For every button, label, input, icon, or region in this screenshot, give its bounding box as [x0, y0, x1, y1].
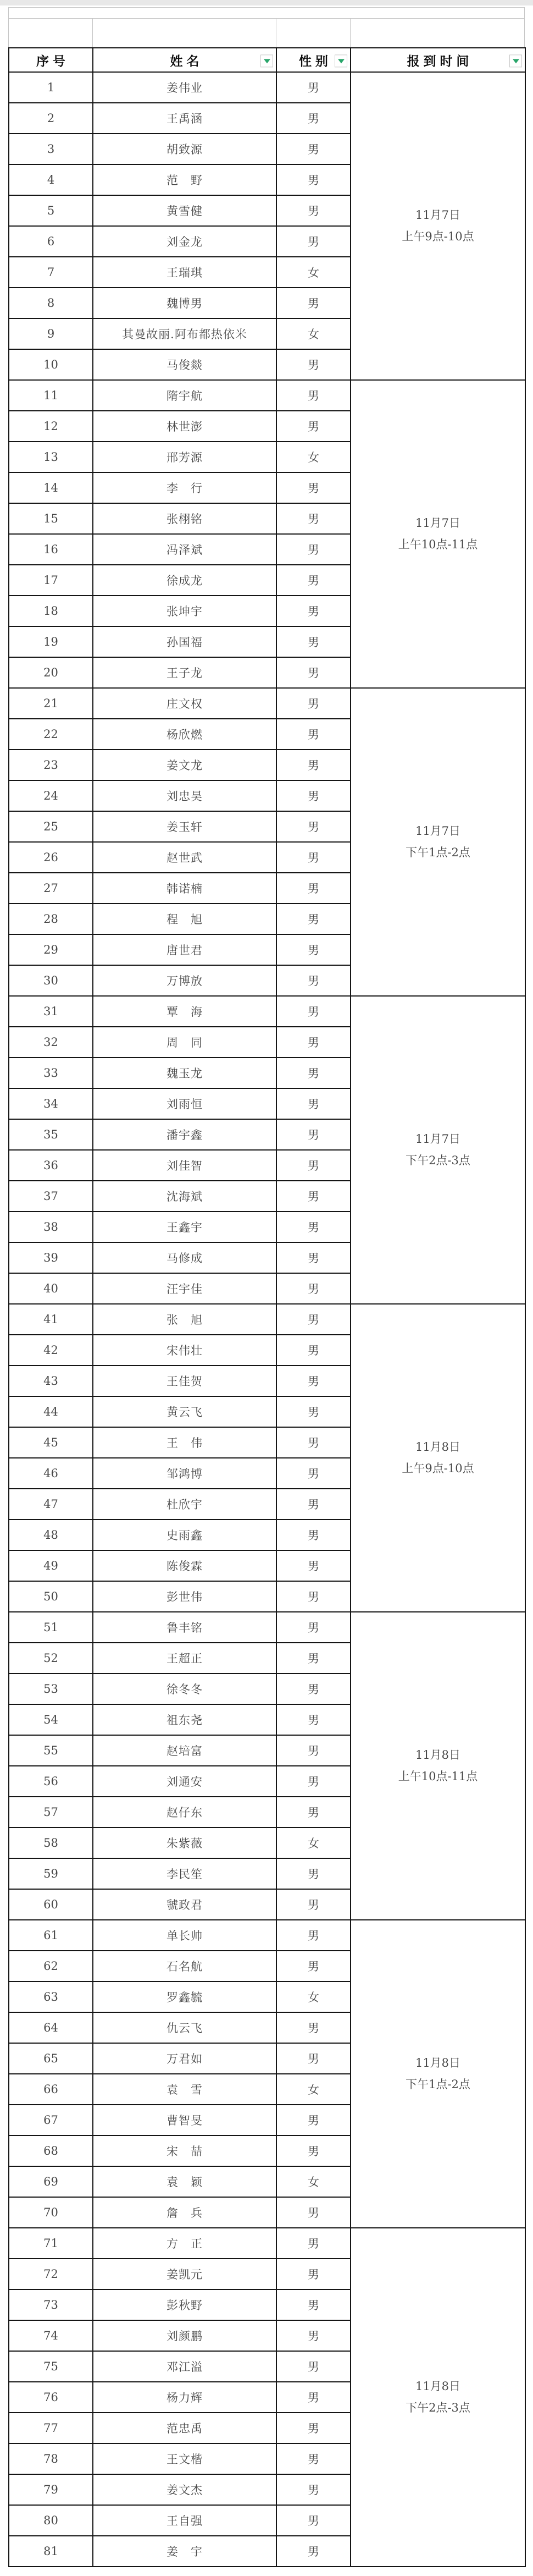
gender-cell: 男 [276, 164, 351, 195]
gender-cell: 男 [276, 2289, 351, 2320]
row-number-cell: 51 [9, 1612, 93, 1643]
header-row: 序号 姓名 性别 报到时间 [9, 48, 525, 72]
row-number-cell: 21 [9, 688, 93, 719]
gender-cell: 男 [276, 1427, 351, 1458]
gender-cell: 男 [276, 996, 351, 1027]
name-cell: 姜文杰 [93, 2474, 276, 2505]
row-number-cell: 9 [9, 318, 93, 349]
row-number-cell: 72 [9, 2259, 93, 2289]
gender-cell: 男 [276, 2320, 351, 2351]
report-date-text: 11月7日 [351, 513, 525, 534]
report-hour-text: 上午10点-11点 [351, 534, 525, 555]
name-cell: 单长帅 [93, 1920, 276, 1951]
spreadsheet-page: 序号 姓名 性别 报到时间 1姜伟业男11月7日上午 [0, 0, 533, 2576]
gender-cell: 男 [276, 134, 351, 164]
report-time-cell: 11月7日下午1点-2点 [351, 688, 525, 996]
name-cell: 方 正 [93, 2228, 276, 2259]
gender-cell: 男 [276, 904, 351, 934]
row-number-cell: 74 [9, 2320, 93, 2351]
chevron-down-icon [513, 59, 519, 63]
row-number-cell: 13 [9, 442, 93, 472]
row-number-cell: 41 [9, 1304, 93, 1335]
row-number-cell: 45 [9, 1427, 93, 1458]
row-number-cell: 68 [9, 2135, 93, 2166]
table-row: 1姜伟业男11月7日上午9点-10点 [9, 72, 525, 103]
gender-cell: 男 [276, 1088, 351, 1119]
row-number-cell: 54 [9, 1704, 93, 1735]
gender-cell: 男 [276, 1366, 351, 1396]
row-number-cell: 15 [9, 503, 93, 534]
row-number-cell: 30 [9, 965, 93, 996]
gender-cell: 男 [276, 226, 351, 257]
row-number-cell: 70 [9, 2197, 93, 2228]
row-number-cell: 4 [9, 164, 93, 195]
name-cell: 黄云飞 [93, 1396, 276, 1427]
name-cell: 杜欣宇 [93, 1489, 276, 1520]
row-number-cell: 47 [9, 1489, 93, 1520]
row-number-cell: 62 [9, 1951, 93, 1981]
gender-cell: 男 [276, 2043, 351, 2074]
row-number-cell: 61 [9, 1920, 93, 1951]
gender-cell: 男 [276, 288, 351, 318]
table-row: 51鲁丰铭男11月8日上午10点-11点 [9, 1612, 525, 1643]
name-cell: 周 同 [93, 1027, 276, 1058]
report-time-cell: 11月8日下午2点-3点 [351, 2228, 525, 2567]
name-cell: 赵仔东 [93, 1797, 276, 1828]
name-cell: 詹 兵 [93, 2197, 276, 2228]
name-cell: 石名航 [93, 1951, 276, 1981]
gender-cell: 男 [276, 1242, 351, 1273]
gender-cell: 男 [276, 1150, 351, 1181]
name-cell: 马修成 [93, 1242, 276, 1273]
row-number-cell: 49 [9, 1550, 93, 1581]
gender-cell: 女 [276, 318, 351, 349]
top-gray-strip [0, 0, 533, 5]
name-cell: 虢政君 [93, 1889, 276, 1920]
row-number-cell: 25 [9, 811, 93, 842]
row-number-cell: 67 [9, 2105, 93, 2135]
name-cell: 韩诺楠 [93, 873, 276, 904]
gender-cell: 男 [276, 2105, 351, 2135]
table-row: 71方 正男11月8日下午2点-3点 [9, 2228, 525, 2259]
gender-cell: 男 [276, 2351, 351, 2382]
column-header-name: 姓名 [93, 48, 276, 72]
row-number-cell: 10 [9, 349, 93, 380]
name-cell: 马俊燚 [93, 349, 276, 380]
name-cell: 仇云飞 [93, 2012, 276, 2043]
name-cell: 杨欣燃 [93, 719, 276, 750]
row-number-cell: 3 [9, 134, 93, 164]
column-header-index: 序号 [9, 48, 93, 72]
name-cell: 刘金龙 [93, 226, 276, 257]
report-hour-text: 上午10点-11点 [351, 1766, 525, 1787]
empty-rows-above-header [8, 7, 525, 47]
row-number-cell: 5 [9, 195, 93, 226]
gender-cell: 男 [276, 1920, 351, 1951]
table-row: 21庄文权男11月7日下午1点-2点 [9, 688, 525, 719]
name-cell: 王瑞琪 [93, 257, 276, 288]
name-cell: 潘宇鑫 [93, 1119, 276, 1150]
row-number-cell: 35 [9, 1119, 93, 1150]
gender-cell: 男 [276, 1766, 351, 1797]
chevron-down-icon [338, 59, 345, 63]
name-cell: 张栩铭 [93, 503, 276, 534]
name-cell: 罗鑫毓 [93, 1981, 276, 2012]
report-hour-text: 下午1点-2点 [351, 2074, 525, 2095]
name-cell: 万博放 [93, 965, 276, 996]
gender-cell: 女 [276, 257, 351, 288]
gender-cell: 男 [276, 349, 351, 380]
name-cell: 杨力辉 [93, 2382, 276, 2413]
name-cell: 魏玉龙 [93, 1058, 276, 1088]
gender-cell: 男 [276, 534, 351, 565]
roster-table: 序号 姓名 性别 报到时间 1姜伟业男11月7日上午 [8, 47, 526, 2567]
gender-cell: 男 [276, 565, 351, 596]
gender-cell: 男 [276, 657, 351, 688]
row-number-cell: 28 [9, 904, 93, 934]
name-cell: 王 伟 [93, 1427, 276, 1458]
gender-cell: 男 [276, 411, 351, 442]
name-cell: 汪宇佳 [93, 1273, 276, 1304]
gender-cell: 男 [276, 2012, 351, 2043]
name-cell: 邹鸿博 [93, 1458, 276, 1489]
gender-filter-button[interactable] [335, 54, 347, 67]
report-date-text: 11月8日 [351, 2052, 525, 2074]
gender-cell: 男 [276, 1674, 351, 1704]
row-number-cell: 75 [9, 2351, 93, 2382]
row-number-cell: 34 [9, 1088, 93, 1119]
column-header-label: 序号 [32, 51, 69, 69]
name-cell: 王佳贺 [93, 1366, 276, 1396]
name-cell: 刘雨恒 [93, 1088, 276, 1119]
name-cell: 唐世君 [93, 934, 276, 965]
name-cell: 孙国福 [93, 626, 276, 657]
gender-cell: 男 [276, 503, 351, 534]
gender-cell: 男 [276, 1643, 351, 1674]
name-cell: 万君如 [93, 2043, 276, 2074]
gender-cell: 男 [276, 1550, 351, 1581]
row-number-cell: 6 [9, 226, 93, 257]
row-number-cell: 53 [9, 1674, 93, 1704]
name-cell: 刘颜鹏 [93, 2320, 276, 2351]
gender-cell: 男 [276, 1889, 351, 1920]
name-cell: 宋 喆 [93, 2135, 276, 2166]
gender-cell: 男 [276, 195, 351, 226]
gender-cell: 男 [276, 1489, 351, 1520]
row-number-cell: 23 [9, 750, 93, 780]
name-cell: 曹智旻 [93, 2105, 276, 2135]
name-cell: 史雨鑫 [93, 1520, 276, 1550]
gender-cell: 男 [276, 1581, 351, 1612]
row-number-cell: 65 [9, 2043, 93, 2074]
row-number-cell: 24 [9, 780, 93, 811]
name-cell: 徐冬冬 [93, 1674, 276, 1704]
name-cell: 冯泽斌 [93, 534, 276, 565]
column-header-label: 报到时间 [403, 51, 473, 69]
gender-cell: 男 [276, 1951, 351, 1981]
gender-cell: 男 [276, 965, 351, 996]
name-cell: 彭秋野 [93, 2289, 276, 2320]
report-hour-text: 上午9点-10点 [351, 1458, 525, 1479]
name-cell: 袁 雪 [93, 2074, 276, 2105]
report-date-text: 11月7日 [351, 821, 525, 842]
row-number-cell: 55 [9, 1735, 93, 1766]
name-cell: 范 野 [93, 164, 276, 195]
gender-cell: 男 [276, 1181, 351, 1212]
gender-cell: 男 [276, 1304, 351, 1335]
row-number-cell: 18 [9, 596, 93, 626]
name-cell: 魏博男 [93, 288, 276, 318]
row-number-cell: 64 [9, 2012, 93, 2043]
gender-cell: 男 [276, 719, 351, 750]
row-number-cell: 44 [9, 1396, 93, 1427]
name-filter-button[interactable] [260, 54, 273, 67]
gender-cell: 男 [276, 1797, 351, 1828]
name-cell: 隋宇航 [93, 380, 276, 411]
row-number-cell: 77 [9, 2413, 93, 2443]
gender-cell: 男 [276, 2413, 351, 2443]
report-time-cell: 11月7日上午9点-10点 [351, 72, 525, 380]
gender-cell: 男 [276, 472, 351, 503]
report-time-cell: 11月7日下午2点-3点 [351, 996, 525, 1304]
gender-cell: 男 [276, 380, 351, 411]
row-number-cell: 46 [9, 1458, 93, 1489]
gender-cell: 女 [276, 1981, 351, 2012]
name-cell: 刘通安 [93, 1766, 276, 1797]
name-cell: 张 旭 [93, 1304, 276, 1335]
name-cell: 范忠禹 [93, 2413, 276, 2443]
row-number-cell: 81 [9, 2536, 93, 2567]
gender-cell: 男 [276, 1212, 351, 1242]
row-number-cell: 48 [9, 1520, 93, 1550]
name-cell: 彭世伟 [93, 1581, 276, 1612]
gender-cell: 男 [276, 1119, 351, 1150]
gender-cell: 男 [276, 780, 351, 811]
report-date-text: 11月7日 [351, 1129, 525, 1150]
table-row: 11隋宇航男11月7日上午10点-11点 [9, 380, 525, 411]
gender-cell: 男 [276, 842, 351, 873]
name-cell: 张坤宇 [93, 596, 276, 626]
name-cell: 朱紫薇 [93, 1828, 276, 1858]
gender-cell: 男 [276, 626, 351, 657]
gender-cell: 男 [276, 2505, 351, 2536]
gender-cell: 男 [276, 2135, 351, 2166]
name-cell: 王自强 [93, 2505, 276, 2536]
gender-cell: 男 [276, 2536, 351, 2567]
row-number-cell: 2 [9, 103, 93, 134]
roster-table-body: 1姜伟业男11月7日上午9点-10点2王禹涵男3胡致源男4范 野男5黄雪健男6刘… [9, 72, 525, 2567]
name-cell: 沈海斌 [93, 1181, 276, 1212]
row-number-cell: 38 [9, 1212, 93, 1242]
row-number-cell: 27 [9, 873, 93, 904]
row-number-cell: 26 [9, 842, 93, 873]
row-number-cell: 8 [9, 288, 93, 318]
name-cell: 王禹涵 [93, 103, 276, 134]
gender-cell: 男 [276, 811, 351, 842]
row-number-cell: 57 [9, 1797, 93, 1828]
gender-cell: 男 [276, 596, 351, 626]
row-number-cell: 17 [9, 565, 93, 596]
row-number-cell: 76 [9, 2382, 93, 2413]
gender-cell: 男 [276, 1735, 351, 1766]
empty-cell [276, 19, 351, 47]
row-number-cell: 37 [9, 1181, 93, 1212]
row-number-cell: 22 [9, 719, 93, 750]
row-number-cell: 73 [9, 2289, 93, 2320]
report-time-cell: 11月8日下午1点-2点 [351, 1920, 525, 2228]
row-number-cell: 69 [9, 2166, 93, 2197]
gender-cell: 女 [276, 1828, 351, 1858]
row-number-cell: 20 [9, 657, 93, 688]
name-cell: 姜文龙 [93, 750, 276, 780]
report-date-text: 11月8日 [351, 2376, 525, 2397]
empty-cell [351, 19, 524, 47]
name-cell: 黄雪健 [93, 195, 276, 226]
name-cell: 姜 宇 [93, 2536, 276, 2567]
report-hour-text: 下午1点-2点 [351, 842, 525, 863]
gender-cell: 男 [276, 1458, 351, 1489]
row-number-cell: 39 [9, 1242, 93, 1273]
name-cell: 李民笙 [93, 1858, 276, 1889]
table-row: 41张 旭男11月8日上午9点-10点 [9, 1304, 525, 1335]
row-number-cell: 50 [9, 1581, 93, 1612]
gender-cell: 女 [276, 2166, 351, 2197]
row-number-cell: 78 [9, 2443, 93, 2474]
row-number-cell: 58 [9, 1828, 93, 1858]
report-date-text: 11月7日 [351, 205, 525, 226]
row-number-cell: 32 [9, 1027, 93, 1058]
gender-cell: 男 [276, 688, 351, 719]
row-number-cell: 60 [9, 1889, 93, 1920]
name-cell: 其曼故丽.阿布都热依米 [93, 318, 276, 349]
row-number-cell: 71 [9, 2228, 93, 2259]
name-cell: 赵世武 [93, 842, 276, 873]
report-time-cell: 11月8日上午9点-10点 [351, 1304, 525, 1612]
table-row: 61单长帅男11月8日下午1点-2点 [9, 1920, 525, 1951]
gender-cell: 男 [276, 1520, 351, 1550]
name-cell: 庄文权 [93, 688, 276, 719]
gender-cell: 男 [276, 1273, 351, 1304]
name-cell: 邢芳源 [93, 442, 276, 472]
row-number-cell: 16 [9, 534, 93, 565]
row-number-cell: 80 [9, 2505, 93, 2536]
gender-cell: 男 [276, 2197, 351, 2228]
gender-cell: 男 [276, 1704, 351, 1735]
name-cell: 袁 颖 [93, 2166, 276, 2197]
row-number-cell: 12 [9, 411, 93, 442]
row-number-cell: 56 [9, 1766, 93, 1797]
row-number-cell: 14 [9, 472, 93, 503]
name-cell: 邓江溢 [93, 2351, 276, 2382]
report-date-text: 11月8日 [351, 1744, 525, 1766]
gender-cell: 女 [276, 2074, 351, 2105]
name-cell: 陈俊霖 [93, 1550, 276, 1581]
gender-cell: 男 [276, 103, 351, 134]
report-time-cell: 11月8日上午10点-11点 [351, 1612, 525, 1920]
gender-cell: 男 [276, 1858, 351, 1889]
gender-cell: 男 [276, 934, 351, 965]
name-cell: 胡致源 [93, 134, 276, 164]
gender-cell: 男 [276, 2259, 351, 2289]
report-hour-text: 下午2点-3点 [351, 1150, 525, 1171]
gender-cell: 女 [276, 442, 351, 472]
row-number-cell: 63 [9, 1981, 93, 2012]
row-number-cell: 11 [9, 380, 93, 411]
chevron-down-icon [264, 59, 270, 63]
name-cell: 刘佳智 [93, 1150, 276, 1181]
row-number-cell: 29 [9, 934, 93, 965]
gender-cell: 男 [276, 873, 351, 904]
table-row: 31覃 海男11月7日下午2点-3点 [9, 996, 525, 1027]
empty-title-row [9, 8, 524, 19]
name-cell: 覃 海 [93, 996, 276, 1027]
row-number-cell: 19 [9, 626, 93, 657]
gender-cell: 男 [276, 1612, 351, 1643]
name-cell: 姜凯元 [93, 2259, 276, 2289]
row-number-cell: 52 [9, 1643, 93, 1674]
row-number-cell: 1 [9, 72, 93, 103]
column-header-gender: 性别 [276, 48, 351, 72]
empty-cell [93, 19, 276, 47]
name-cell: 王超正 [93, 1643, 276, 1674]
name-cell: 鲁丰铭 [93, 1612, 276, 1643]
name-cell: 祖东尧 [93, 1704, 276, 1735]
name-cell: 姜伟业 [93, 72, 276, 103]
gender-cell: 男 [276, 1396, 351, 1427]
roster-sheet: 序号 姓名 性别 报到时间 1姜伟业男11月7日上午 [8, 5, 525, 2567]
name-cell: 李 行 [93, 472, 276, 503]
name-cell: 宋伟壮 [93, 1335, 276, 1366]
roster-table-header: 序号 姓名 性别 报到时间 [9, 48, 525, 72]
column-header-label: 姓名 [166, 51, 203, 69]
row-number-cell: 79 [9, 2474, 93, 2505]
row-number-cell: 43 [9, 1366, 93, 1396]
report-hour-text: 上午9点-10点 [351, 226, 525, 247]
name-cell: 王鑫宇 [93, 1212, 276, 1242]
name-cell: 赵培富 [93, 1735, 276, 1766]
name-cell: 程 旭 [93, 904, 276, 934]
column-header-label: 性别 [295, 51, 332, 69]
name-cell: 徐成龙 [93, 565, 276, 596]
name-cell: 王子龙 [93, 657, 276, 688]
report-hour-text: 下午2点-3点 [351, 2397, 525, 2419]
gender-cell: 男 [276, 2382, 351, 2413]
row-number-cell: 7 [9, 257, 93, 288]
gender-cell: 男 [276, 1027, 351, 1058]
row-number-cell: 59 [9, 1858, 93, 1889]
gender-cell: 男 [276, 2228, 351, 2259]
gender-cell: 男 [276, 2443, 351, 2474]
row-number-cell: 40 [9, 1273, 93, 1304]
name-cell: 王文楷 [93, 2443, 276, 2474]
gender-cell: 男 [276, 750, 351, 780]
gender-cell: 男 [276, 1058, 351, 1088]
report-time-cell: 11月7日上午10点-11点 [351, 380, 525, 688]
gender-cell: 男 [276, 2474, 351, 2505]
report-time-filter-button[interactable] [509, 54, 522, 67]
gender-cell: 男 [276, 72, 351, 103]
gender-cell: 男 [276, 1335, 351, 1366]
row-number-cell: 33 [9, 1058, 93, 1088]
empty-cell [9, 19, 93, 47]
name-cell: 刘忠昊 [93, 780, 276, 811]
name-cell: 姜玉轩 [93, 811, 276, 842]
row-number-cell: 36 [9, 1150, 93, 1181]
name-cell: 林世澎 [93, 411, 276, 442]
column-header-report-time: 报到时间 [351, 48, 525, 72]
row-number-cell: 42 [9, 1335, 93, 1366]
row-number-cell: 31 [9, 996, 93, 1027]
